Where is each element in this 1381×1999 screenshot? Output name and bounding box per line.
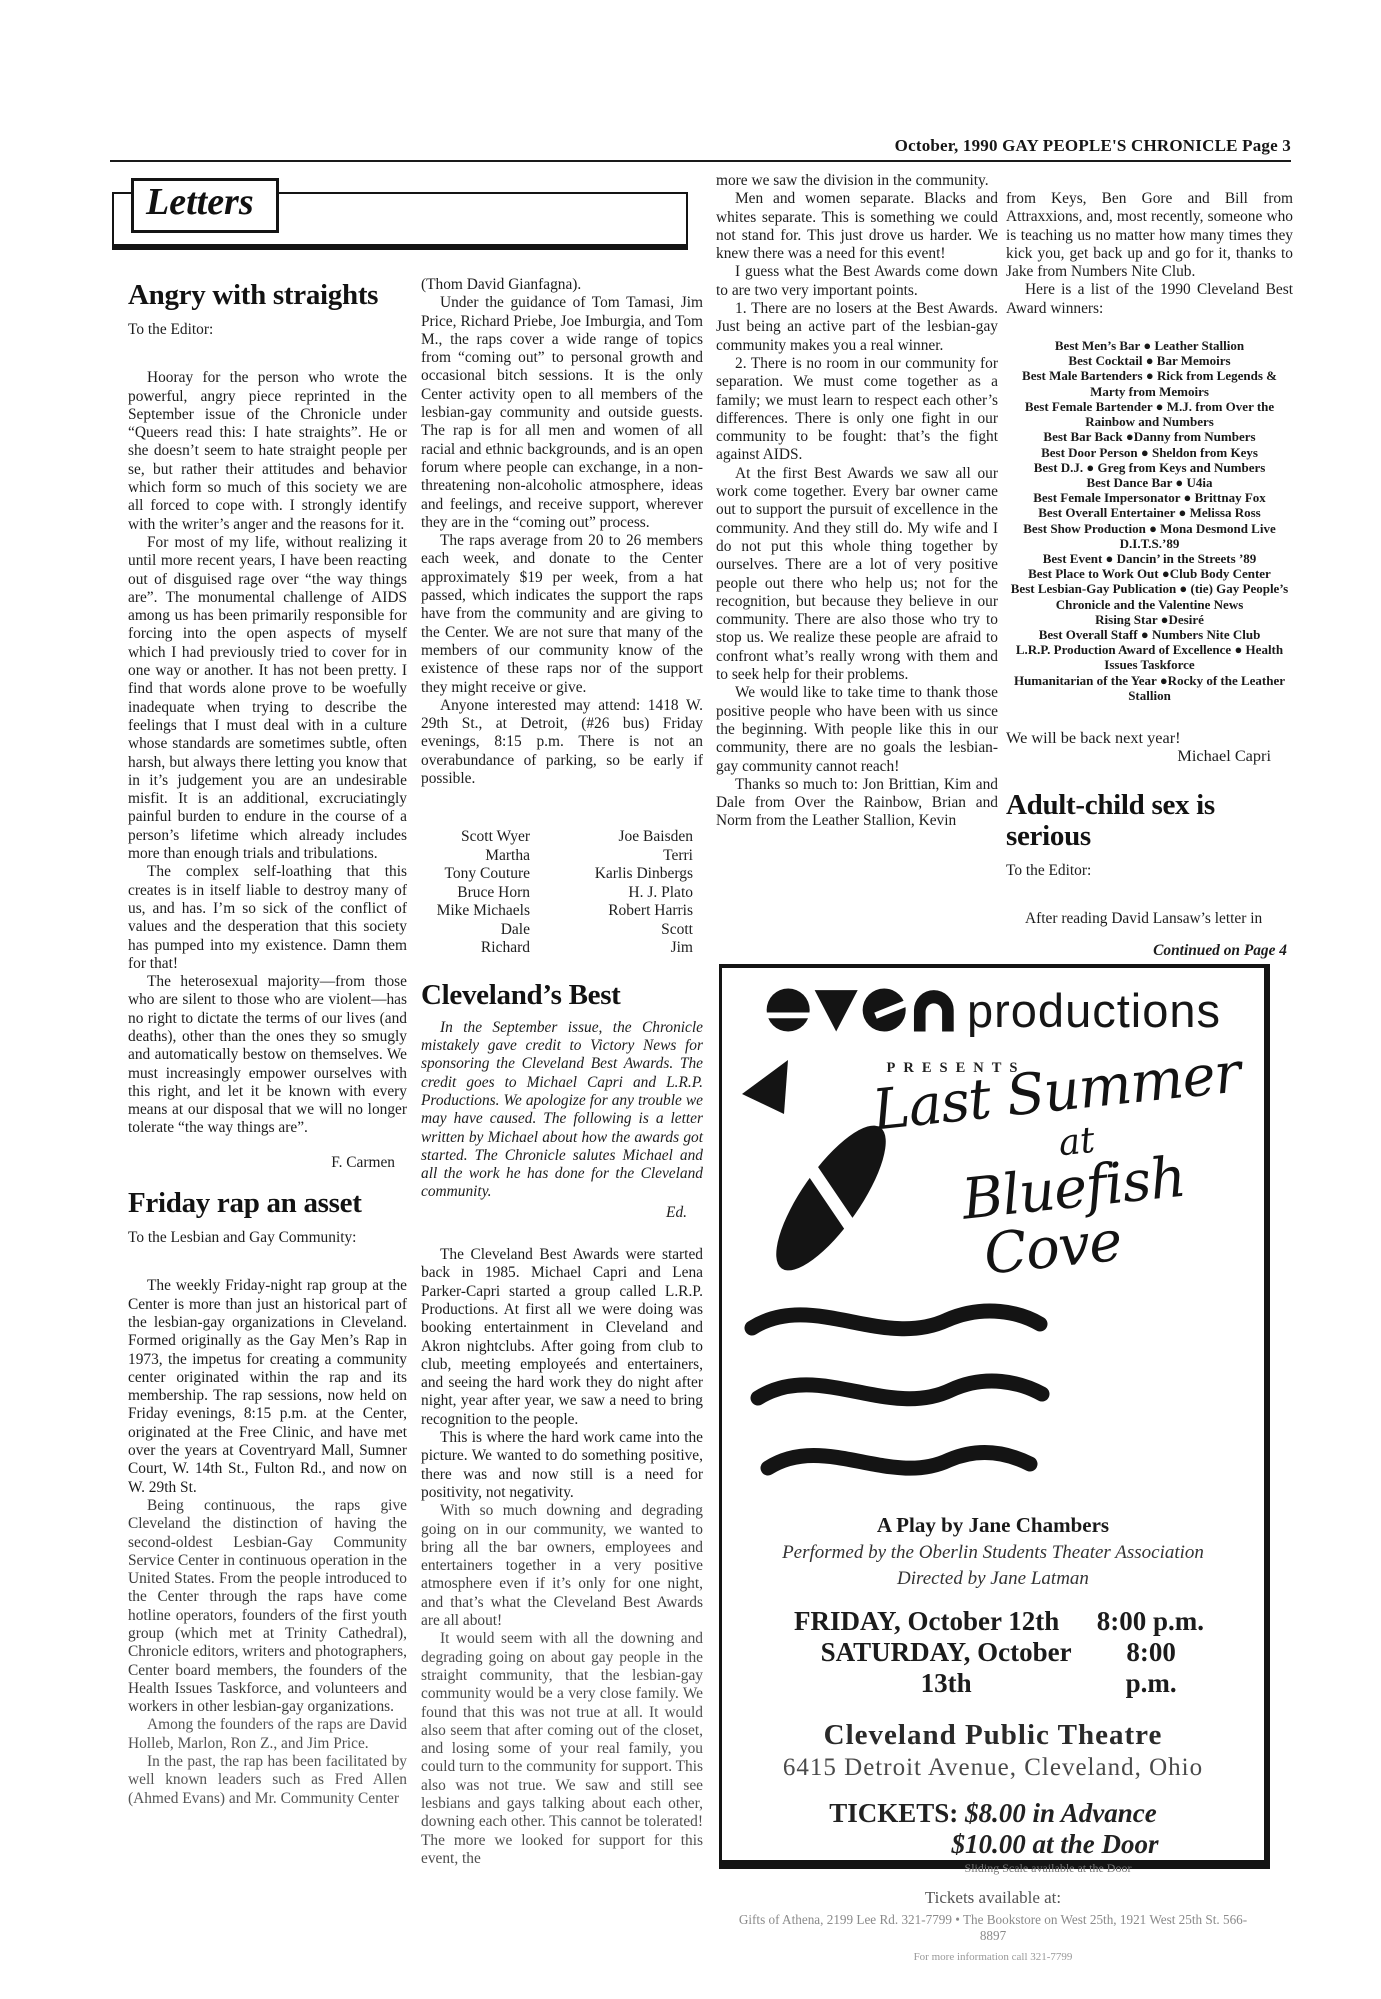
paragraph: The raps average from 20 to 26 members e… xyxy=(421,532,703,697)
signer: H. J. Plato xyxy=(562,884,693,903)
signer: Terri xyxy=(562,847,693,866)
award-line: Rising Star ●Desiré xyxy=(1006,612,1293,627)
salutation: To the Editor: xyxy=(128,321,407,339)
award-line: Best Male Bartenders ● Rick from Legends… xyxy=(1006,368,1293,398)
award-line: Best D.J. ● Greg from Keys and Numbers xyxy=(1006,460,1293,475)
salutation: To the Lesbian and Gay Community: xyxy=(128,1229,407,1247)
signature-list: Scott Wyer Martha Tony Couture Bruce Hor… xyxy=(421,828,703,958)
award-line: Best Event ● Dancin’ in the Streets ’89 xyxy=(1006,551,1293,566)
page-header: October, 1990 GAY PEOPLE'S CHRONICLE Pag… xyxy=(128,136,1291,156)
section-title: Letters xyxy=(131,178,279,233)
column-2: (Thom David Gianfagna). Under the guidan… xyxy=(421,276,703,1868)
signer: Robert Harris xyxy=(562,902,693,921)
paragraph: Being continuous, the raps give Clevelan… xyxy=(128,1497,407,1717)
editor-note: In the September issue, the Chronicle mi… xyxy=(421,1019,703,1202)
info-line: For more information call 321-7799 xyxy=(722,1951,1264,1963)
signature-list-right: Joe Baisden Terri Karlis Dinbergs H. J. … xyxy=(562,828,703,958)
showtime-time: 8:00 p.m. xyxy=(1097,1606,1204,1637)
paragraph: It would seem with all the downing and d… xyxy=(421,1630,703,1868)
outlets-line: Gifts of Athena, 2199 Lee Rd. 321-7799 •… xyxy=(722,1912,1264,1944)
paragraph: At the first Best Awards we saw all our … xyxy=(716,465,998,685)
letters-section-banner: Letters xyxy=(112,192,688,250)
paragraph: The Cleveland Best Awards were started b… xyxy=(421,1246,703,1429)
oven-productions-logo: productions xyxy=(722,986,1264,1036)
paragraph: The heterosexual majority—from those who… xyxy=(128,973,407,1138)
showtime-day: SATURDAY, October 13th xyxy=(794,1637,1098,1699)
award-line: Best Door Person ● Sheldon from Keys xyxy=(1006,445,1293,460)
letter-signature: Michael Capri xyxy=(1006,747,1293,765)
directed-by-line: Directed by Jane Latman xyxy=(722,1568,1264,1590)
paragraph: Under the guidance of Tom Tamasi, Jim Pr… xyxy=(421,294,703,532)
paragraph: In the past, the rap has been facilitate… xyxy=(128,1753,407,1808)
letter-title-clevelands-best: Cleveland’s Best xyxy=(421,980,703,1011)
paragraph: Anyone interested may attend: 1418 W. 29… xyxy=(421,697,703,788)
paragraph: After reading David Lansaw’s letter in xyxy=(1006,910,1293,928)
logo-text: productions xyxy=(967,986,1221,1036)
signer: Joe Baisden xyxy=(562,828,693,847)
award-line: Best Dance Bar ● U4ia xyxy=(1006,475,1293,490)
paragraph: I guess what the Best Awards come down t… xyxy=(716,263,998,300)
letter-title-adult-child: Adult-child sex is serious xyxy=(1006,790,1293,852)
newspaper-page: October, 1990 GAY PEOPLE'S CHRONICLE Pag… xyxy=(0,0,1381,1999)
sliding-scale-note: Sliding Scale available at the Door xyxy=(777,1861,1319,1876)
ticket-advance-price: $8.00 in Advance xyxy=(965,1798,1157,1828)
showtime-time: 8:00 p.m. xyxy=(1098,1637,1204,1699)
paragraph: With so much downing and degrading going… xyxy=(421,1502,703,1630)
signer: Tony Couture xyxy=(421,865,530,884)
award-line: Humanitarian of the Year ●Rocky of the L… xyxy=(1006,673,1293,703)
paragraph: We will be back next year! xyxy=(1006,729,1293,747)
award-line: Best Show Production ● Mona Desmond Live… xyxy=(1006,521,1293,551)
signer: Karlis Dinbergs xyxy=(562,865,693,884)
paragraph: (Thom David Gianfagna). xyxy=(421,276,703,294)
award-line: L.R.P. Production Award of Excellence ● … xyxy=(1006,642,1293,672)
paragraph: The complex self-loathing that this crea… xyxy=(128,863,407,973)
ad-details: A Play by Jane Chambers Performed by the… xyxy=(722,1513,1264,1963)
award-line: Best Female Bartender ● M.J. from Over t… xyxy=(1006,399,1293,429)
venue-name: Cleveland Public Theatre xyxy=(722,1719,1264,1752)
showtimes: FRIDAY, October 12th 8:00 p.m. SATURDAY,… xyxy=(722,1606,1264,1699)
play-by-line: A Play by Jane Chambers xyxy=(722,1513,1264,1538)
signer: Jim xyxy=(562,939,693,958)
signer: Martha xyxy=(421,847,530,866)
letter-title-friday-rap: Friday rap an asset xyxy=(128,1188,407,1219)
paragraph: more we saw the division in the communit… xyxy=(716,172,998,190)
awards-list: Best Men’s Bar ● Leather Stallion Best C… xyxy=(1006,338,1293,703)
tickets-label: TICKETS: xyxy=(829,1798,958,1828)
column-1: Angry with straights To the Editor: Hoor… xyxy=(128,280,407,1808)
award-line: Best Lesbian-Gay Publication ● (tie) Gay… xyxy=(1006,581,1293,611)
signature-list-left: Scott Wyer Martha Tony Couture Bruce Hor… xyxy=(421,828,562,958)
column-3: more we saw the division in the communit… xyxy=(716,172,998,831)
header-rule xyxy=(110,160,1291,162)
paragraph: Men and women separate. Blacks and white… xyxy=(716,190,998,263)
performed-by-line: Performed by the Oberlin Students Theate… xyxy=(722,1542,1264,1564)
signer: Richard xyxy=(421,939,530,958)
award-line: Best Cocktail ● Bar Memoirs xyxy=(1006,353,1293,368)
showtime-row: FRIDAY, October 12th 8:00 p.m. xyxy=(794,1606,1204,1637)
paragraph: Hooray for the person who wrote the powe… xyxy=(128,369,407,534)
award-line: Best Overall Staff ● Numbers Nite Club xyxy=(1006,627,1293,642)
waves-icon xyxy=(742,1288,1052,1493)
paragraph: Among the founders of the raps are David… xyxy=(128,1716,407,1753)
column-4: from Keys, Ben Gore and Bill from Attrax… xyxy=(1006,190,1293,960)
signer: Dale xyxy=(421,921,530,940)
signer: Scott Wyer xyxy=(421,828,530,847)
award-line: Best Men’s Bar ● Leather Stallion xyxy=(1006,338,1293,353)
showtime-day: FRIDAY, October 12th xyxy=(794,1606,1059,1637)
letter-signature: F. Carmen xyxy=(128,1154,407,1172)
theater-ad: productions PRESENTS Last Summer at Blue… xyxy=(719,964,1270,1869)
oven-logo-icon xyxy=(765,986,957,1034)
editor-note-signature: Ed. xyxy=(421,1204,703,1222)
salutation: To the Editor: xyxy=(1006,862,1293,880)
award-line: Best Female Impersonator ● Brittnay Fox xyxy=(1006,490,1293,505)
paragraph: The weekly Friday-night rap group at the… xyxy=(128,1277,407,1497)
signer: Bruce Horn xyxy=(421,884,530,903)
ticket-prices: TICKETS: $8.00 in Advance xyxy=(722,1798,1264,1829)
paragraph: Here is a list of the 1990 Cleveland Bes… xyxy=(1006,281,1293,318)
paragraph: 1. There are no losers at the Best Award… xyxy=(716,300,998,355)
venue-address: 6415 Detroit Avenue, Cleveland, Ohio xyxy=(722,1754,1264,1782)
paragraph: For most of my life, without realizing i… xyxy=(128,534,407,863)
signer: Mike Michaels xyxy=(421,902,530,921)
outlets-label: Tickets available at: xyxy=(722,1888,1264,1908)
paragraph: from Keys, Ben Gore and Bill from Attrax… xyxy=(1006,190,1293,281)
award-line: Best Bar Back ●Danny from Numbers xyxy=(1006,429,1293,444)
paragraph: We would like to take time to thank thos… xyxy=(716,684,998,775)
paragraph: This is where the hard work came into th… xyxy=(421,1429,703,1502)
paragraph: 2. There is no room in our community for… xyxy=(716,355,998,465)
continued-notice: Continued on Page 4 xyxy=(1006,942,1293,960)
letter-title-angry: Angry with straights xyxy=(128,280,407,311)
showtime-row: SATURDAY, October 13th 8:00 p.m. xyxy=(794,1637,1204,1699)
signer: Scott xyxy=(562,921,693,940)
award-line: Best Place to Work Out ●Club Body Center xyxy=(1006,566,1293,581)
play-title: Last Summer at Bluefish Cove xyxy=(862,1043,1267,1296)
ticket-door-price: $10.00 at the Door xyxy=(784,1829,1326,1860)
award-line: Best Overall Entertainer ● Melissa Ross xyxy=(1006,505,1293,520)
paragraph: Thanks so much to: Jon Brittian, Kim and… xyxy=(716,776,998,831)
